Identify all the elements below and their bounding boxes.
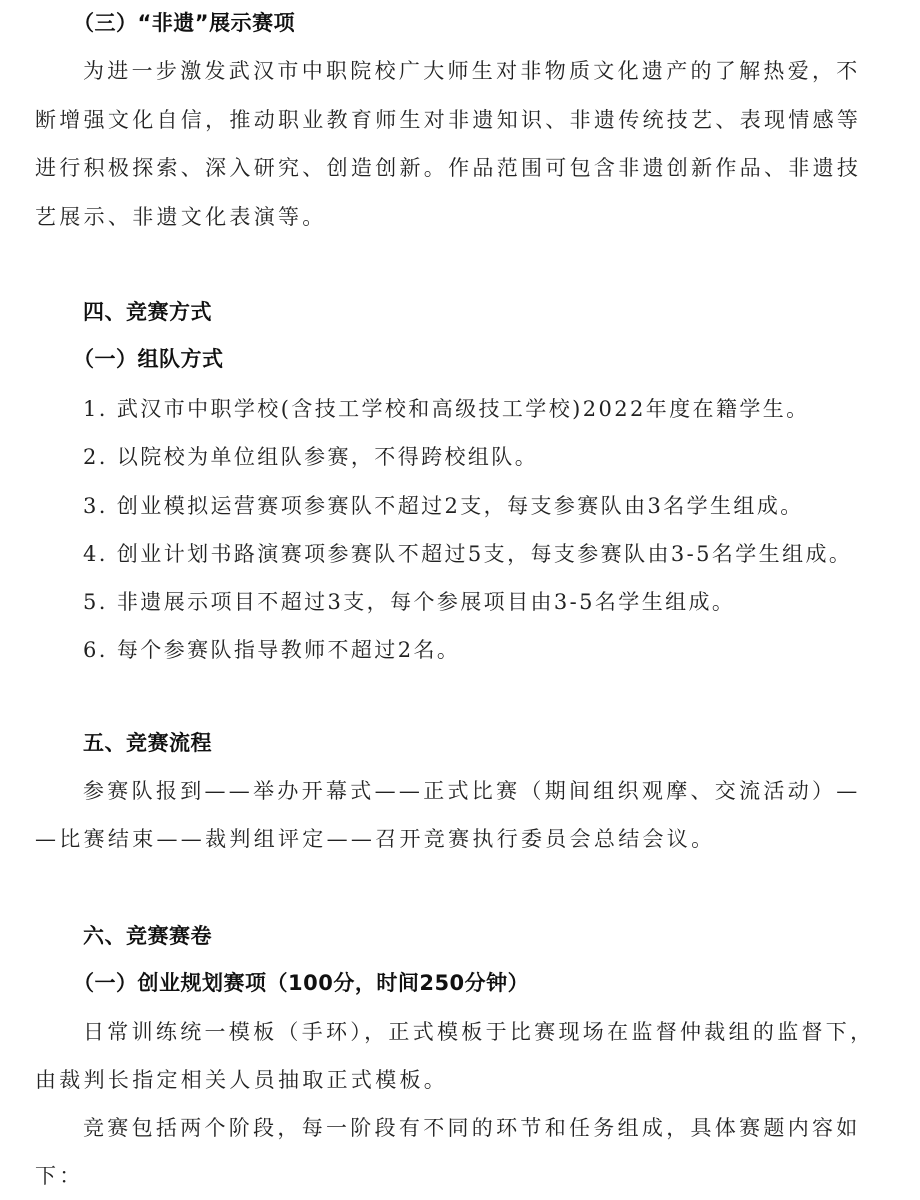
section-3-paragraph-line-2: 断增强文化自信，推动职业教育师生对非遗知识、非遗传统技艺、表现情感等: [35, 107, 861, 133]
list-item-4: 4. 创业计划书路演赛项参赛队不超过5支，每支参赛队由3-5名学生组成。: [83, 541, 852, 567]
section-6-paragraph-1-line-2: 由裁判长指定相关人员抽取正式模板。: [35, 1067, 448, 1093]
section-3-heading: （三）“非遗”展示赛项: [73, 10, 295, 36]
section-6-heading: 六、竞赛赛卷: [83, 923, 212, 949]
section-3-paragraph-line-1: 为进一步激发武汉市中职院校广大师生对非物质文化遗产的了解热爱，不: [83, 58, 861, 84]
list-item-1: 1. 武汉市中职学校(含技工学校和高级技工学校)2022年度在籍学生。: [83, 396, 810, 422]
section-3-paragraph-line-3: 进行积极探索、深入研究、创造创新。作品范围可包含非遗创新作品、非遗技: [35, 155, 861, 181]
section-5-heading: 五、竞赛流程: [83, 730, 212, 756]
section-5-paragraph-line-2: —比赛结束——裁判组评定——召开竞赛执行委员会总结会议。: [35, 826, 715, 852]
section-3-paragraph-line-4: 艺展示、非遗文化表演等。: [35, 204, 327, 230]
section-4-heading: 四、竞赛方式: [83, 299, 212, 325]
section-4-subheading: （一）组队方式: [73, 346, 224, 372]
section-6-paragraph-2-line-2: 下：: [35, 1163, 84, 1189]
section-6-paragraph-1-line-1: 日常训练统一模板（手环），正式模板于比赛现场在监督仲裁组的监督下，: [83, 1019, 874, 1045]
list-item-3: 3. 创业模拟运营赛项参赛队不超过2支，每支参赛队由3名学生组成。: [83, 493, 804, 519]
list-item-6: 6. 每个参赛队指导教师不超过2名。: [83, 637, 460, 663]
section-5-paragraph-line-1: 参赛队报到——举办开幕式——正式比赛（期间组织观摩、交流活动）—: [83, 778, 861, 804]
section-6-subheading: （一）创业规划赛项（100分，时间250分钟）: [73, 970, 529, 996]
list-item-5: 5. 非遗展示项目不超过3支，每个参展项目由3-5名学生组成。: [83, 589, 735, 615]
list-item-2: 2. 以院校为单位组队参赛，不得跨校组队。: [83, 444, 538, 470]
section-6-paragraph-2-line-1: 竞赛包括两个阶段，每一阶段有不同的环节和任务组成，具体赛题内容如: [83, 1115, 861, 1141]
